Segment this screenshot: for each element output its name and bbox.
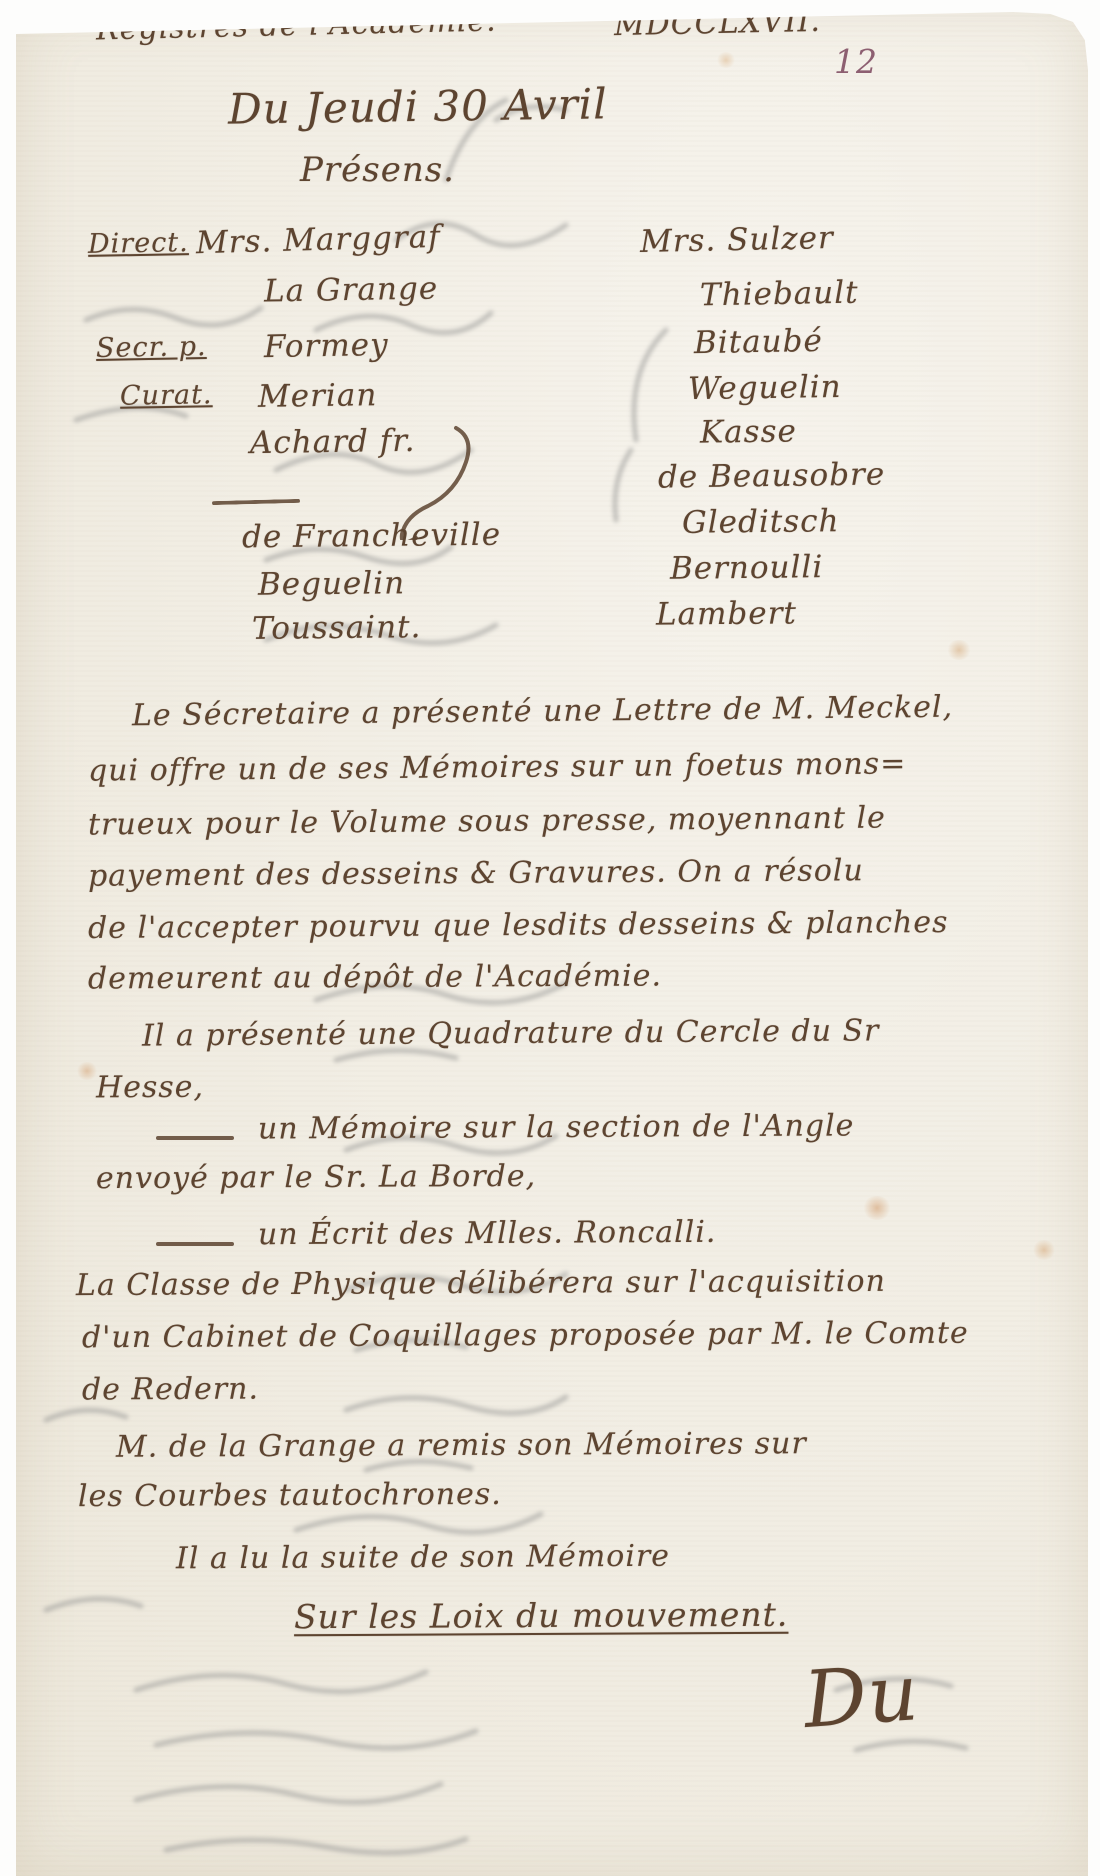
attendee-name: Mrs. Sulzer [640, 220, 835, 260]
page-number: 12 [834, 42, 878, 81]
body-line: les Courbes tautochrones. [78, 1477, 502, 1514]
separator-dash [212, 499, 300, 505]
foxing-spot [946, 640, 972, 660]
register-title: Régistres de l'Academie. [96, 3, 497, 47]
body-line: d'un Cabinet de Coquillages proposée par… [82, 1316, 969, 1356]
body-line: Hesse, [96, 1070, 204, 1106]
body-line: envoyé par le Sr. La Borde, [96, 1159, 536, 1196]
memoir-title-line: Sur les Loix du mouvement. [294, 1595, 789, 1637]
attendee-name: Kasse [700, 413, 797, 450]
year-roman: MDCCLXVII. [614, 4, 822, 43]
attendee-role: Curat. [120, 379, 213, 412]
catchword: Du [801, 1648, 922, 1746]
presens-heading: Présens. [300, 150, 455, 190]
body-line: Il a présenté une Quadrature du Cercle d… [142, 1013, 880, 1053]
body-line: qui offre un de ses Mémoires sur un foet… [88, 746, 907, 788]
attendee-name: de Francheville [242, 517, 501, 556]
attendee-name: Bernoulli [670, 549, 824, 587]
separator-dash [156, 1136, 234, 1140]
attendee-name: Formey [264, 327, 389, 365]
foxing-spot [76, 1062, 98, 1080]
body-line: un Écrit des Mlles. Roncalli. [258, 1215, 717, 1252]
attendee-role: Secr. p. [96, 331, 207, 364]
body-line: demeurent au dépôt de l'Académie. [88, 958, 662, 996]
attendee-name: Beguelin [258, 565, 405, 603]
foxing-spot [862, 1196, 892, 1220]
attendee-name: Gleditsch [682, 503, 840, 541]
foxing-spot [1032, 1240, 1056, 1260]
body-line: Il a lu la suite de son Mémoire [176, 1539, 670, 1577]
body-line: M. de la Grange a remis son Mémoires sur [116, 1426, 807, 1465]
attendee-name: Toussaint. [252, 609, 422, 647]
attendee-name: de Beausobre [658, 456, 886, 495]
attendee-name: Weguelin [688, 369, 842, 407]
body-line: un Mémoire sur la section de l'Angle [258, 1108, 855, 1146]
foxing-spot [716, 52, 736, 68]
body-line: de Redern. [82, 1372, 259, 1408]
attendee-name: La Grange [264, 270, 439, 309]
body-line: trueux pour le Volume sous presse, moyen… [88, 801, 886, 843]
attendee-role: Direct. [88, 227, 189, 260]
attendee-name: Merian [258, 377, 378, 415]
separator-dash [156, 1242, 234, 1246]
attendee-name: Lambert [656, 595, 797, 632]
body-line: payement des desseins & Gravures. On a r… [88, 853, 864, 893]
body-line: La Classe de Physique délibérera sur l'a… [76, 1264, 886, 1303]
attendee-name: Thiebault [700, 275, 859, 314]
body-line: Le Sécretaire a présenté une Lettre de M… [132, 690, 953, 734]
body-line: de l'accepter pourvu que lesdits dessein… [88, 905, 949, 946]
scan-background: Régistres de l'Academie. MDCCLXVII. 12 D… [0, 0, 1100, 1876]
attendee-name: Mrs. Marggraf [196, 219, 442, 261]
attendee-name: Bitaubé [694, 323, 823, 361]
attendee-name: Achard fr. [250, 423, 416, 461]
session-date: Du Jeudi 30 Avril [228, 79, 608, 133]
manuscript-page: Régistres de l'Academie. MDCCLXVII. 12 D… [16, 0, 1088, 1876]
